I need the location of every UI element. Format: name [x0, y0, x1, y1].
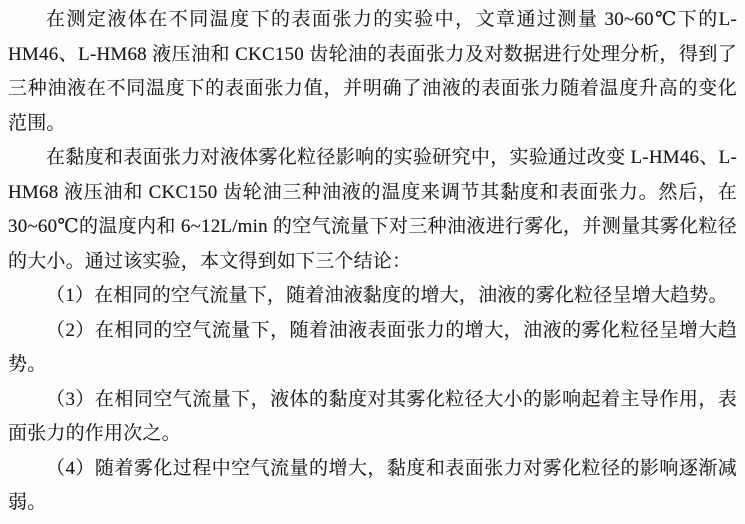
conclusion-item-4: （4）随着雾化过程中空气流量的增大，黏度和表面张力对雾化粒径的影响逐渐减弱。	[8, 452, 737, 521]
paragraph-surface-tension-experiment: 在测定液体在不同温度下的表面张力的实验中，文章通过测量 30~60℃下的L-HM…	[8, 3, 737, 141]
paragraph-atomization-experiment: 在黏度和表面张力对液体雾化粒径影响的实验研究中，实验通过改变 L-HM46、L-…	[8, 141, 737, 279]
document-page: 在测定液体在不同温度下的表面张力的实验中，文章通过测量 30~60℃下的L-HM…	[0, 0, 745, 524]
conclusion-item-2: （2）在相同的空气流量下，随着油液表面张力的增大，油液的雾化粒径呈增大趋势。	[8, 314, 737, 383]
conclusion-item-3: （3）在相同空气流量下，液体的黏度对其雾化粒径大小的影响起着主导作用，表面张力的…	[8, 383, 737, 452]
conclusion-item-1: （1）在相同的空气流量下，随着油液黏度的增大，油液的雾化粒径呈增大趋势。	[8, 279, 737, 314]
